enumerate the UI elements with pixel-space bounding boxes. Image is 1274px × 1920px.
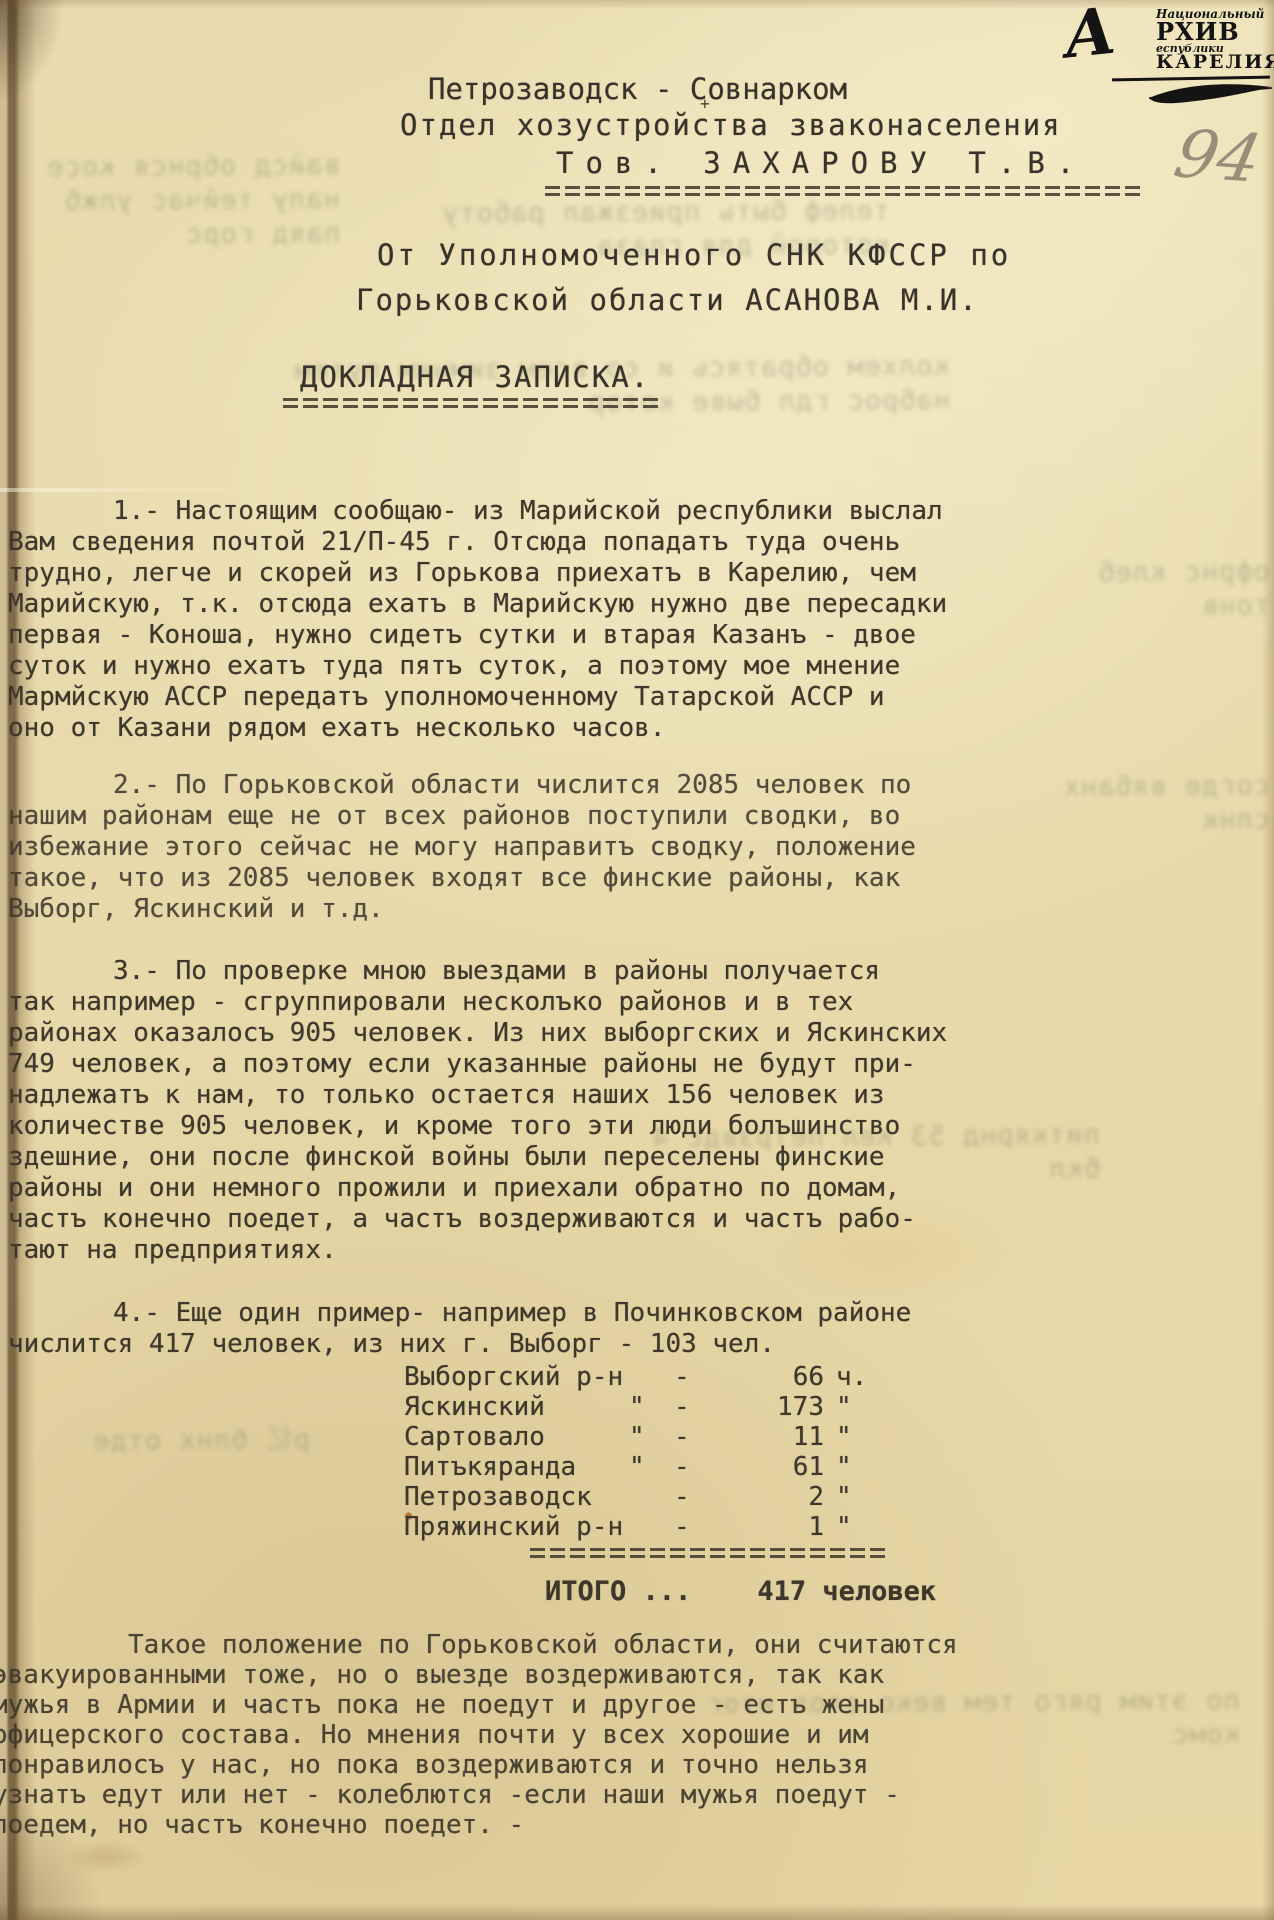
- text-line: районы и они немного прожили и приехали …: [8, 1173, 1028, 1204]
- table-row: Сартовало"-11": [404, 1422, 864, 1452]
- cell-ditto: [629, 1362, 674, 1392]
- text-line: районах оказалосъ 905 человек. Из них вы…: [8, 1018, 1028, 1049]
- table-row: Питъкяранда"-61": [404, 1452, 864, 1482]
- cell-ditto: [629, 1512, 674, 1542]
- text-line: офрнс клеб тонв: [1020, 555, 1270, 625]
- total-value: 417 человек: [757, 1576, 936, 1607]
- text-line: 749 человек, а поэтому если указанные ра…: [8, 1049, 1028, 1080]
- cell-unit: ": [824, 1512, 864, 1542]
- text-line: количестве 905 человек, и кроме того эти…: [8, 1111, 1028, 1142]
- cell-count: 1: [744, 1512, 824, 1542]
- text-line: такое, что из 2085 человек входят все фи…: [8, 863, 1028, 894]
- cell-dash: -: [674, 1482, 744, 1512]
- table-row: Выборгский р-н-66ч.: [404, 1362, 864, 1392]
- cell-dash: -: [674, 1392, 744, 1422]
- text-line: поедем, но частъ конечно поедет. -: [0, 1810, 1012, 1840]
- header-from-line1: От Уполномоченного СНК КФССР по: [377, 238, 1011, 272]
- document-title: ДОКЛАДНАЯ ЗАПИСКА.: [300, 360, 650, 394]
- header-from-line2: Горьковской области АСАНОВА М.И.: [356, 283, 979, 317]
- text-line: так например - сгруппировали несколъко р…: [8, 987, 1028, 1018]
- text-line: нашим районам еще не от всех районов пос…: [8, 801, 1028, 832]
- cell-unit: ": [824, 1452, 864, 1482]
- table-underline: [530, 1548, 890, 1558]
- table-row: Яскинский"-173": [404, 1392, 864, 1422]
- table-row: Пряжинский р-н-1": [404, 1512, 864, 1542]
- cell-name: Выборгский р-н: [404, 1362, 629, 1392]
- cell-ditto: ": [629, 1422, 674, 1452]
- text-line: оно от Казани рядом ехатъ несколько часо…: [8, 713, 1028, 744]
- header-addressee: Тов. ЗАХАРОВУ Т.В.: [556, 146, 1086, 180]
- cell-dash: -: [674, 1422, 744, 1452]
- cell-count: 2: [744, 1482, 824, 1512]
- paper-crease: [0, 488, 260, 492]
- text-line: Марийскую, т.к. отсюда ехатъ в Марийскую…: [8, 589, 1028, 620]
- cell-unit: ч.: [824, 1362, 864, 1392]
- cell-name: Сартовало: [404, 1422, 629, 1452]
- paragraph-2: 2.- По Горьковской области числится 2085…: [8, 770, 1028, 925]
- cell-unit: ": [824, 1422, 864, 1452]
- text-line: избежание этого сейчас не могу направитъ…: [8, 832, 1028, 863]
- cell-unit: ": [824, 1482, 864, 1512]
- archive-stamp: А Национальный РХИВ еспублики КАРЕЛИЯ: [1050, 4, 1274, 96]
- cell-count: 61: [744, 1452, 824, 1482]
- text-line: частъ конечно поедет, а частъ воздержива…: [8, 1204, 1028, 1235]
- cell-name: Пряжинский р-н: [404, 1512, 629, 1542]
- cell-name: Петрозаводск: [404, 1482, 629, 1512]
- text-line: 1.- Настоящим сообщаю- из Марийской респ…: [8, 496, 1028, 527]
- text-line: трудно, легче и скорей из Горькова приех…: [8, 558, 1028, 589]
- text-line: тают на предприятиях.: [8, 1235, 1028, 1266]
- cell-ditto: ": [629, 1452, 674, 1482]
- text-line: узнатъ едут или нет - колеблются -если н…: [0, 1780, 1012, 1810]
- text-line: эвакуированными тоже, но о выезде воздер…: [0, 1660, 1012, 1690]
- stamp-initial-letter: А: [1060, 0, 1120, 74]
- text-line: Вам сведения почтой 21/П-45 г. Отсюда по…: [8, 527, 1028, 558]
- text-line: здешние, они после финской войны были пе…: [8, 1142, 1028, 1173]
- header-department-line: Отдел хозустройства зваконаселения: [400, 108, 1062, 142]
- paragraph-3: 3.- По проверке мною выездами в районы п…: [8, 956, 1028, 1266]
- text-line: р忆 блнх отде: [40, 1423, 310, 1459]
- paragraph-4: 4.- Еще один пример- например в Починков…: [8, 1298, 1028, 1360]
- cell-count: 66: [744, 1362, 824, 1392]
- cell-dash: -: [674, 1452, 744, 1482]
- cell-ditto: [629, 1482, 674, 1512]
- text-line: согде вябанх слнк: [1015, 769, 1270, 839]
- addressee-underline: [545, 186, 1145, 196]
- cell-dash: -: [674, 1512, 744, 1542]
- text-line: первая - Коноша, нужно сидетъ сутки и вт…: [8, 620, 1028, 651]
- text-line: вайсд обрнся косе налу тейчас улжб паяд …: [0, 149, 340, 253]
- closing-paragraph: Такое положение по Горьковской области, …: [0, 1630, 1012, 1840]
- corner-shadow: [0, 0, 70, 110]
- cell-name: Питъкяранда: [404, 1452, 629, 1482]
- scanned-document: вайсд обрнся косе налу тейчас улжб паяд …: [0, 0, 1274, 1920]
- paragraph-1: 1.- Настоящим сообщаю- из Марийской респ…: [8, 496, 1028, 744]
- text-line: Такое положение по Горьковской области, …: [0, 1630, 1012, 1660]
- cell-name: Яскинский: [404, 1392, 629, 1422]
- district-table: Выборгский р-н-66ч.Яскинский"-173"Сартов…: [404, 1362, 864, 1542]
- page-bottom-edge: [0, 1904, 1274, 1920]
- text-line: офицерского состава. Но мнения почти у в…: [0, 1720, 1012, 1750]
- cell-count: 173: [744, 1392, 824, 1422]
- total-line: ИТОГО ... 417 человек: [545, 1576, 936, 1607]
- total-label: ИТОГО ...: [545, 1576, 691, 1607]
- text-line: числится 417 человек, из них г. Выборг -…: [8, 1329, 1028, 1360]
- pencil-page-number: 94: [1168, 116, 1268, 198]
- cell-count: 11: [744, 1422, 824, 1452]
- cell-unit: ": [824, 1392, 864, 1422]
- text-line: Мармйскую АССР передатъ уполномоченному …: [8, 682, 1028, 713]
- text-line: 4.- Еще один пример- например в Починков…: [8, 1298, 1028, 1329]
- text-line: мужья в Армии и частъ пока не поедут и д…: [0, 1690, 1012, 1720]
- cell-ditto: ": [629, 1392, 674, 1422]
- text-line: суток и нужно ехатъ туда пятъ суток, а п…: [8, 651, 1028, 682]
- header-city-line: Петрозаводск - Совнарком: [428, 72, 847, 106]
- page-right-edge: [1262, 0, 1274, 1920]
- cell-dash: -: [674, 1362, 744, 1392]
- text-line: 3.- По проверке мною выездами в районы п…: [8, 956, 1028, 987]
- text-line: 2.- По Горьковской области числится 2085…: [8, 770, 1028, 801]
- text-line: Выборг, Яскинский и т.д.: [8, 894, 1028, 925]
- stamp-word-karelia: КАРЕЛИЯ: [1156, 51, 1274, 73]
- title-underline: [283, 398, 661, 408]
- text-line: надлежатъ к нам, то только остается наши…: [8, 1080, 1028, 1111]
- table-row: Петрозаводск-2": [404, 1482, 864, 1512]
- quill-feather-icon: [1146, 81, 1274, 107]
- text-line: понравилосъ у нас, но пока воздерживаютс…: [0, 1750, 1012, 1780]
